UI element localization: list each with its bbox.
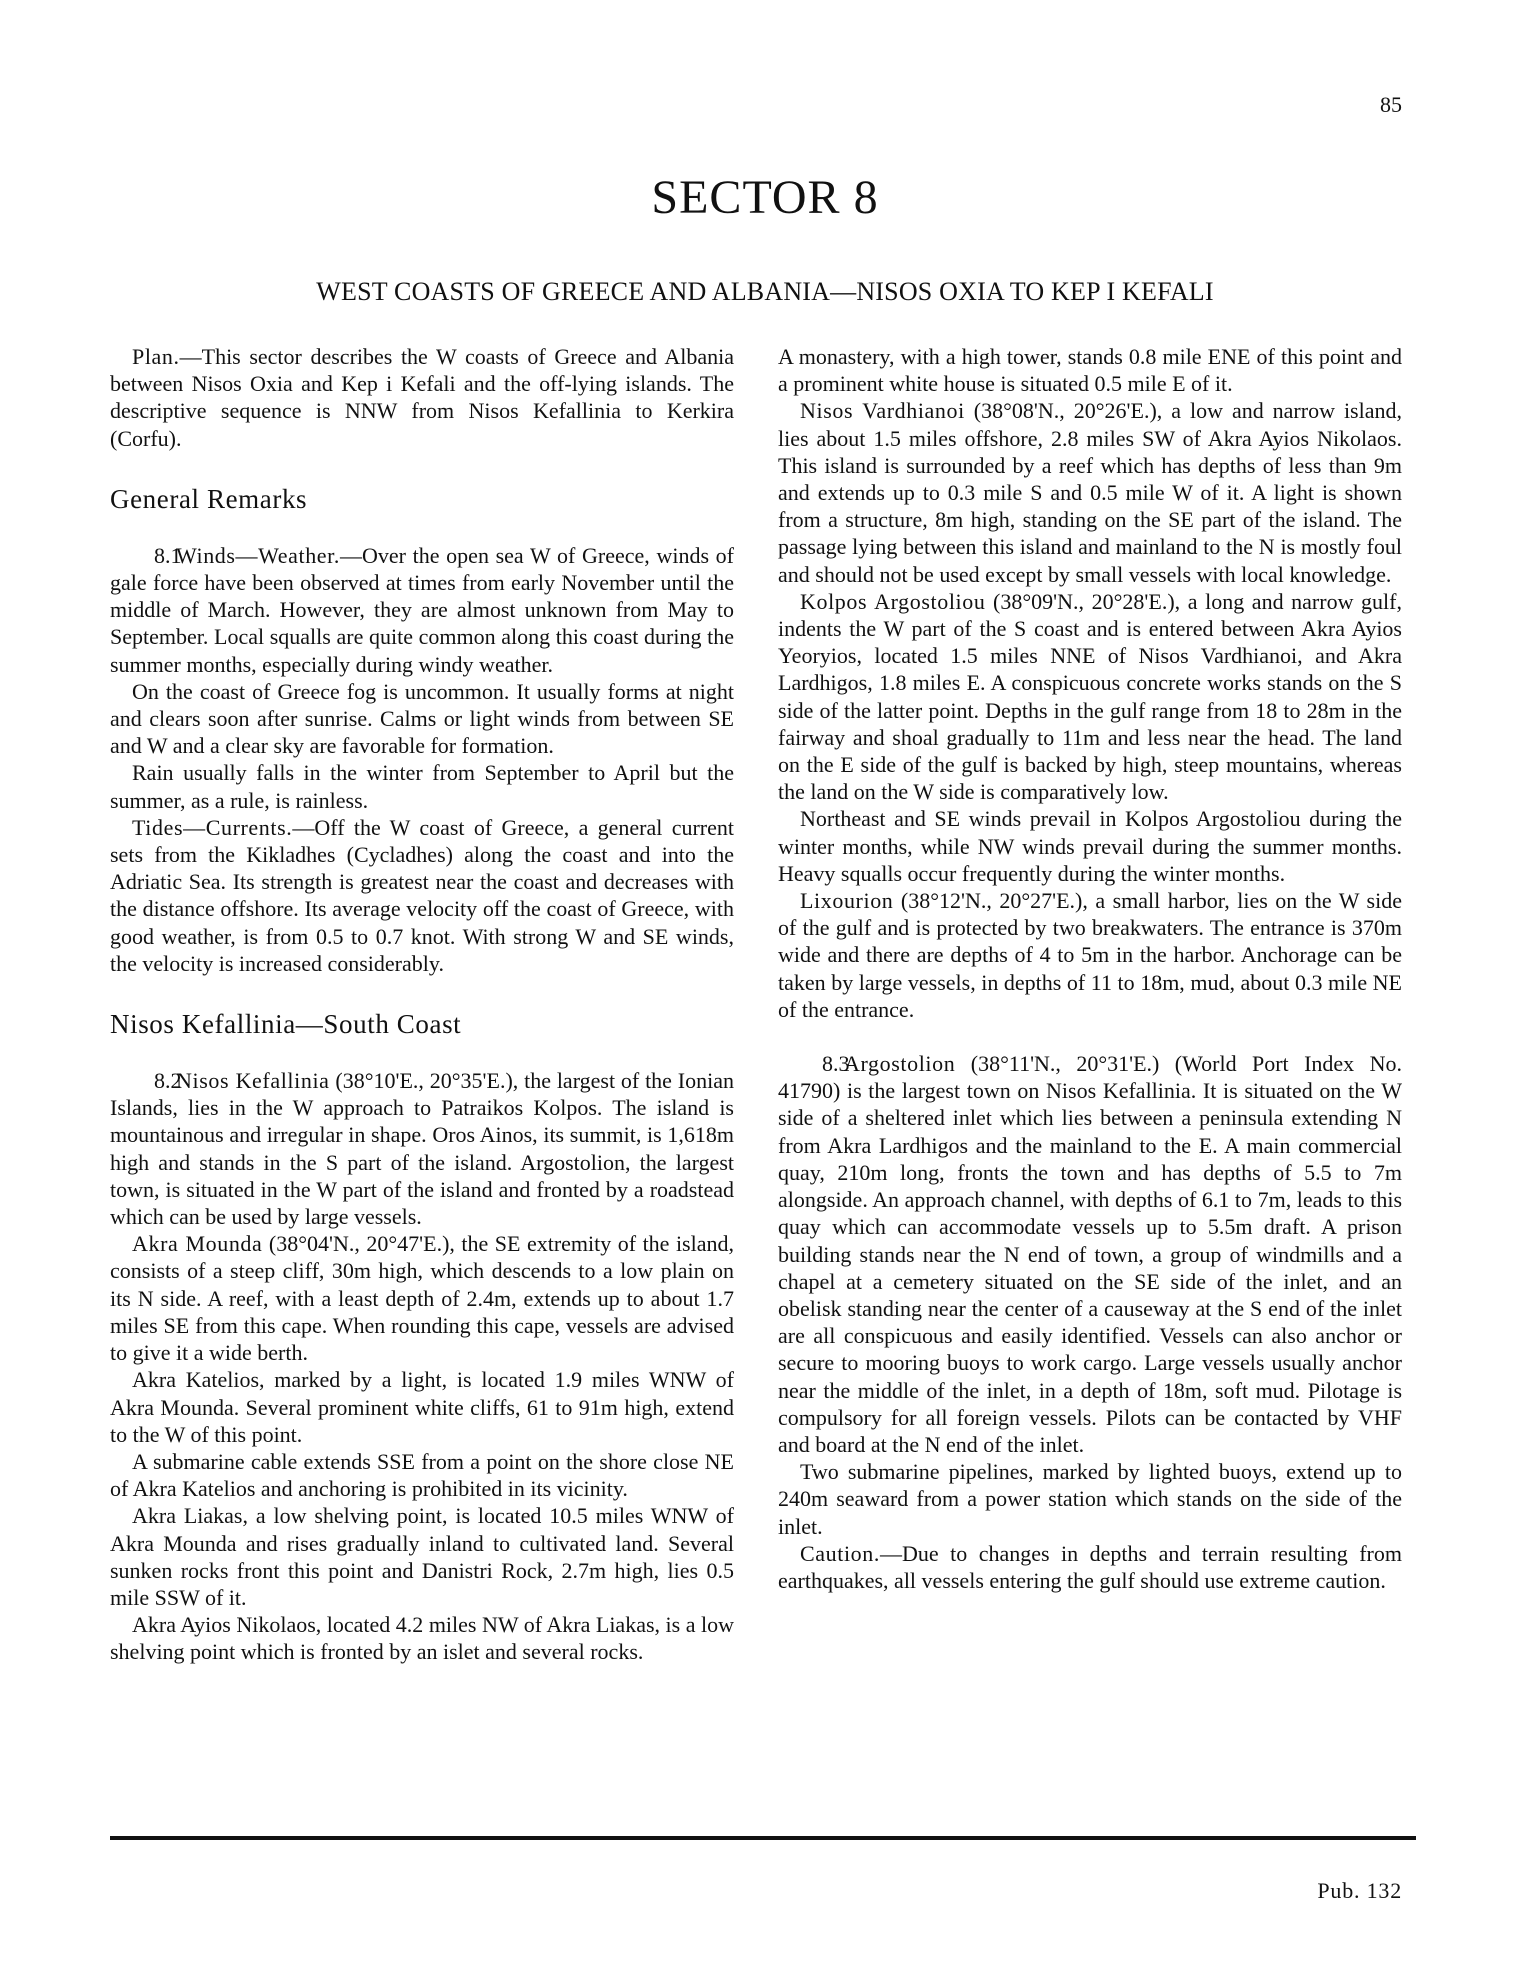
akra-mounda-paragraph: Akra Mounda (38°04'N., 20°47'E.), the SE… — [110, 1230, 734, 1366]
sector-subtitle: WEST COASTS OF GREECE AND ALBANIA—NISOS … — [0, 277, 1530, 307]
tides-paragraph: Tides—Currents.—Off the W coast of Greec… — [110, 814, 734, 977]
lixourion-paragraph: Lixourion (38°12'N., 20°27'E.), a small … — [778, 887, 1402, 1023]
paragraph-number: 8.2 — [132, 1067, 176, 1094]
sector-title: SECTOR 8 — [0, 170, 1530, 225]
submarine-cable-paragraph: A submarine cable extends SSE from a poi… — [110, 1448, 734, 1502]
paragraph-8-1: 8.1Winds—Weather.—Over the open sea W of… — [110, 542, 734, 678]
tides-lead: Tides—Currents. — [132, 815, 292, 840]
left-column: Plan.—This sector describes the W coasts… — [110, 343, 734, 1666]
winds-weather-lead: Winds—Weather. — [176, 543, 340, 568]
rain-paragraph: Rain usually falls in the winter from Se… — [110, 759, 734, 813]
paragraph-8-3: 8.3Argostolion (38°11'N., 20°31'E.) (Wor… — [778, 1050, 1402, 1458]
kefallinia-lead: Nisos Kefallinia — [176, 1068, 330, 1093]
pipelines-paragraph: Two submarine pipelines, marked by light… — [778, 1458, 1402, 1540]
plan-lead: Plan. — [132, 344, 180, 369]
fog-paragraph: On the coast of Greece fog is uncommon. … — [110, 678, 734, 760]
kolpos-text: (38°09'N., 20°28'E.), a long and narrow … — [778, 589, 1402, 804]
kolpos-lead: Kolpos Argostoliou — [800, 589, 985, 614]
vardhianoi-text: (38°08'N., 20°26'E.), a low and narrow i… — [778, 398, 1402, 586]
akra-katelios-paragraph: Akra Katelios, marked by a light, is loc… — [110, 1366, 734, 1448]
caution-paragraph: Caution.—Due to changes in depths and te… — [778, 1540, 1402, 1594]
plan-text: —This sector describes the W coasts of G… — [110, 344, 734, 451]
monastery-paragraph: A monastery, with a high tower, stands 0… — [778, 343, 1402, 397]
publication-label: Pub. 132 — [1317, 1878, 1402, 1904]
paragraph-number: 8.1 — [132, 542, 176, 569]
right-column: A monastery, with a high tower, stands 0… — [778, 343, 1402, 1594]
akra-mounda-lead: Akra Mounda — [132, 1231, 262, 1256]
winds-paragraph: Northeast and SE winds prevail in Kolpos… — [778, 805, 1402, 887]
lixourion-lead: Lixourion — [800, 888, 893, 913]
vardhianoi-lead: Nisos Vardhianoi — [800, 398, 965, 423]
argostolion-lead: Argostolion — [844, 1051, 955, 1076]
paragraph-number: 8.3 — [800, 1050, 844, 1077]
footer-rule — [110, 1836, 1416, 1840]
plan-paragraph: Plan.—This sector describes the W coasts… — [110, 343, 734, 452]
vardhianoi-paragraph: Nisos Vardhianoi (38°08'N., 20°26'E.), a… — [778, 397, 1402, 587]
page-number: 85 — [1380, 92, 1402, 118]
akra-ayios-nikolaos-paragraph: Akra Ayios Nikolaos, located 4.2 miles N… — [110, 1611, 734, 1665]
paragraph-8-2: 8.2Nisos Kefallinia (38°10'E., 20°35'E.)… — [110, 1067, 734, 1230]
argostolion-text: (38°11'N., 20°31'E.) (World Port Index N… — [778, 1051, 1402, 1457]
kolpos-argostoliou-paragraph: Kolpos Argostoliou (38°09'N., 20°28'E.),… — [778, 588, 1402, 806]
heading-south-coast: Nisos Kefallinia—South Coast — [110, 1009, 734, 1039]
caution-lead: Caution. — [800, 1541, 880, 1566]
akra-liakas-paragraph: Akra Liakas, a low shelving point, is lo… — [110, 1502, 734, 1611]
heading-general-remarks: General Remarks — [110, 484, 734, 514]
